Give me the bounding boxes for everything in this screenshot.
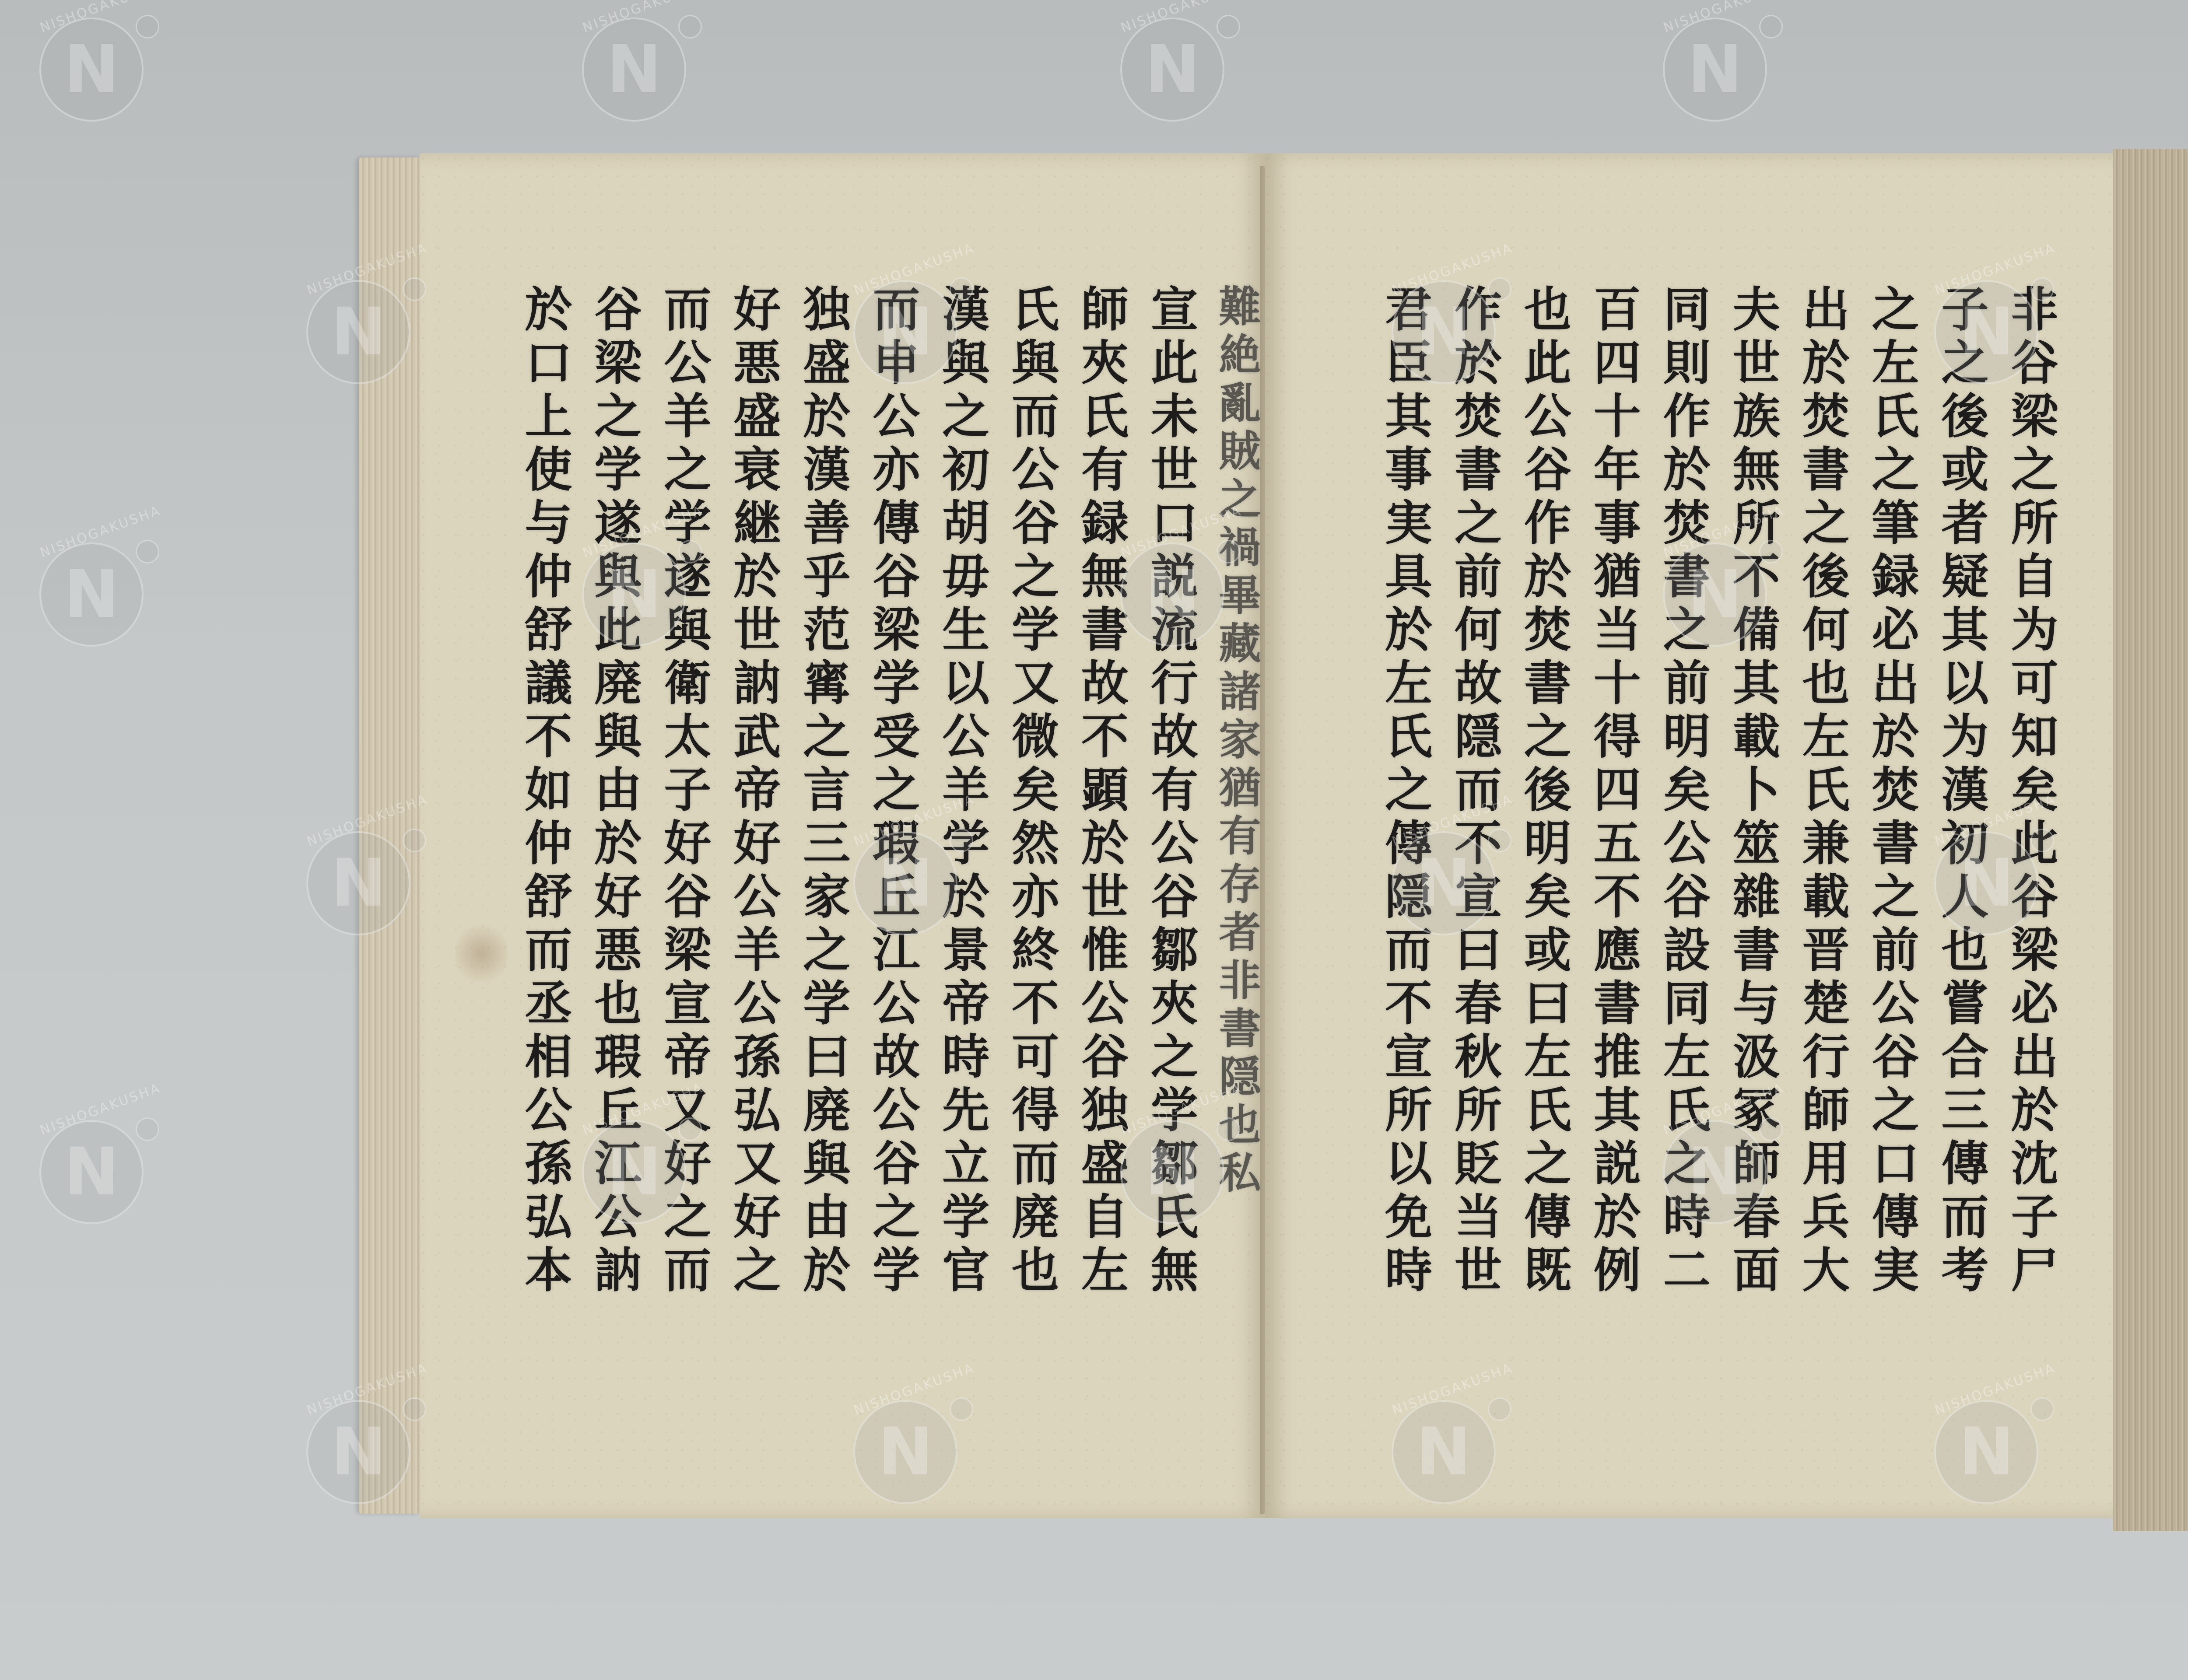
watermark-dot: [136, 540, 159, 563]
watermark-n-glyph: N: [1687, 1139, 1743, 1205]
watermark-dot: [136, 15, 159, 38]
watermark-logo-icon: NISHOGAKUSHAN: [39, 17, 144, 122]
watermark-dot: [1488, 1397, 1511, 1421]
watermark-logo-icon: NISHOGAKUSHAN: [1663, 542, 1767, 647]
watermark-dot: [678, 540, 702, 563]
watermark-n-glyph: N: [64, 37, 119, 102]
watermark-n-glyph: N: [1687, 37, 1743, 102]
text-column: 於口上使与仲舒議不如仲舒而丞相公孫弘本: [518, 284, 571, 1466]
watermark-logo-icon: NISHOGAKUSHAN: [1120, 17, 1224, 122]
watermark-dot: [1488, 277, 1511, 301]
watermark-logo-icon: NISHOGAKUSHAN: [1663, 17, 1767, 122]
watermark-logo-icon: NISHOGAKUSHAN: [853, 280, 957, 384]
text-column: 同則作於焚書之前明矣公谷設同左氏之時二: [1656, 284, 1709, 1466]
watermark-dot: [2030, 1397, 2054, 1421]
watermark-dot: [136, 1117, 159, 1141]
watermark-logo-icon: NISHOGAKUSHAN: [1120, 542, 1224, 647]
watermark-n-glyph: N: [878, 299, 933, 365]
watermark-n-glyph: N: [607, 1139, 662, 1205]
watermark-n-glyph: N: [1959, 299, 2014, 365]
watermark-logo-icon: NISHOGAKUSHAN: [582, 17, 686, 122]
text-column: 夫世族無所不備其載卜筮雜書与汲冢師春面: [1725, 284, 1778, 1466]
watermark-dot: [1217, 1117, 1240, 1141]
text-column: 百四十年事猶当十得四五不應書推其説於例: [1586, 284, 1639, 1466]
watermark-n-glyph: N: [607, 37, 662, 102]
watermark-n-glyph: N: [1145, 1139, 1200, 1205]
text-column: 出於焚書之後何也左氏兼載晋楚行師用兵大: [1795, 284, 1848, 1466]
watermark-logo-icon: NISHOGAKUSHAN: [306, 1400, 410, 1504]
watermark-logo-icon: NISHOGAKUSHAN: [853, 1400, 957, 1504]
watermark-logo-icon: NISHOGAKUSHAN: [1120, 1120, 1224, 1224]
text-column: 宣此未世口説流行故有公谷鄒夾之学鄒氏無: [1144, 284, 1197, 1466]
watermark-dot: [1488, 829, 1511, 852]
watermark-dot: [1759, 15, 1783, 38]
watermark-dot: [2030, 829, 2054, 852]
watermark-n-glyph: N: [1145, 562, 1200, 627]
right-page-stack-edge: [2113, 149, 2188, 1531]
watermark-n-glyph: N: [1416, 299, 1471, 365]
watermark-logo-icon: NISHOGAKUSHAN: [1392, 831, 1496, 935]
text-column: 氏與而公谷之学又微矣然亦終不可得而廃也: [1005, 284, 1058, 1466]
left-page: 難絶亂賊之禍畢藏諸家猶有存者非書隠也私 宣此未世口説流行故有公谷鄒夾之学鄒氏無 …: [420, 153, 1265, 1518]
watermark-dot: [1217, 15, 1240, 38]
watermark-n-glyph: N: [1416, 1419, 1471, 1485]
text-column: 而公羊之学遂與衛太子好谷梁宣帝又好之而: [657, 284, 710, 1466]
watermark-n-glyph: N: [878, 1419, 933, 1485]
watermark-n-glyph: N: [1145, 37, 1200, 102]
watermark-dot: [1217, 540, 1240, 563]
watermark-dot: [678, 15, 702, 38]
text-column: 独盛於漢善乎范寗之言三家之学曰廃與由於: [796, 284, 849, 1466]
watermark-n-glyph: N: [1687, 562, 1743, 627]
watermark-logo-icon: NISHOGAKUSHAN: [1934, 831, 2038, 935]
text-column: 好悪盛衰継於世訥武帝好公羊公孫弘又好之: [726, 284, 779, 1466]
text-column: 也此公谷作於焚書之後明矣或曰左氏之傳既: [1517, 284, 1570, 1466]
watermark-n-glyph: N: [607, 562, 662, 627]
watermark-dot: [403, 1397, 426, 1421]
watermark-logo-icon: NISHOGAKUSHAN: [1663, 1120, 1767, 1224]
watermark-n-glyph: N: [1959, 1419, 2014, 1485]
watermark-logo-icon: NISHOGAKUSHAN: [1934, 1400, 2038, 1504]
watermark-n-glyph: N: [331, 1419, 386, 1485]
watermark-logo-icon: NISHOGAKUSHAN: [39, 542, 144, 647]
paper-stain: [455, 919, 508, 989]
watermark-logo-icon: NISHOGAKUSHAN: [306, 831, 410, 935]
open-book: 難絶亂賊之禍畢藏諸家猶有存者非書隠也私 宣此未世口説流行故有公谷鄒夾之学鄒氏無 …: [359, 149, 2188, 1540]
text-column: 谷梁之学遂與此廃與由於好悪也瑕丘江公訥: [587, 284, 640, 1466]
watermark-dot: [2030, 277, 2054, 301]
watermark-n-glyph: N: [331, 850, 386, 916]
watermark-dot: [1759, 1117, 1783, 1141]
watermark-logo-icon: NISHOGAKUSHAN: [1392, 280, 1496, 384]
watermark-logo-icon: NISHOGAKUSHAN: [582, 1120, 686, 1224]
watermark-logo-icon: NISHOGAKUSHAN: [1392, 1400, 1496, 1504]
text-column: 之左氏之筆録必出於焚書之前公谷之口傳実: [1865, 284, 1918, 1466]
watermark-n-glyph: N: [1416, 850, 1471, 916]
watermark-n-glyph: N: [878, 850, 933, 916]
watermark-dot: [403, 277, 426, 301]
watermark-logo-icon: NISHOGAKUSHAN: [1934, 280, 2038, 384]
watermark-logo-icon: NISHOGAKUSHAN: [582, 542, 686, 647]
watermark-logo-icon: NISHOGAKUSHAN: [853, 831, 957, 935]
watermark-dot: [1759, 540, 1783, 563]
text-column: 師夾氏有録無書故不顕於世惟公谷独盛自左: [1074, 284, 1127, 1466]
watermark-dot: [950, 1397, 973, 1421]
watermark-n-glyph: N: [331, 299, 386, 365]
watermark-logo-icon: NISHOGAKUSHAN: [306, 280, 410, 384]
watermark-n-glyph: N: [1959, 850, 2014, 916]
watermark-logo-icon: NISHOGAKUSHAN: [39, 1120, 144, 1224]
watermark-n-glyph: N: [64, 1139, 119, 1205]
watermark-dot: [950, 277, 973, 301]
watermark-dot: [678, 1117, 702, 1141]
gutter-column: 難絶亂賊之禍畢藏諸家猶有存者非書隠也私: [1213, 284, 1260, 1466]
watermark-n-glyph: N: [64, 562, 119, 627]
watermark-dot: [403, 829, 426, 852]
watermark-dot: [950, 829, 973, 852]
